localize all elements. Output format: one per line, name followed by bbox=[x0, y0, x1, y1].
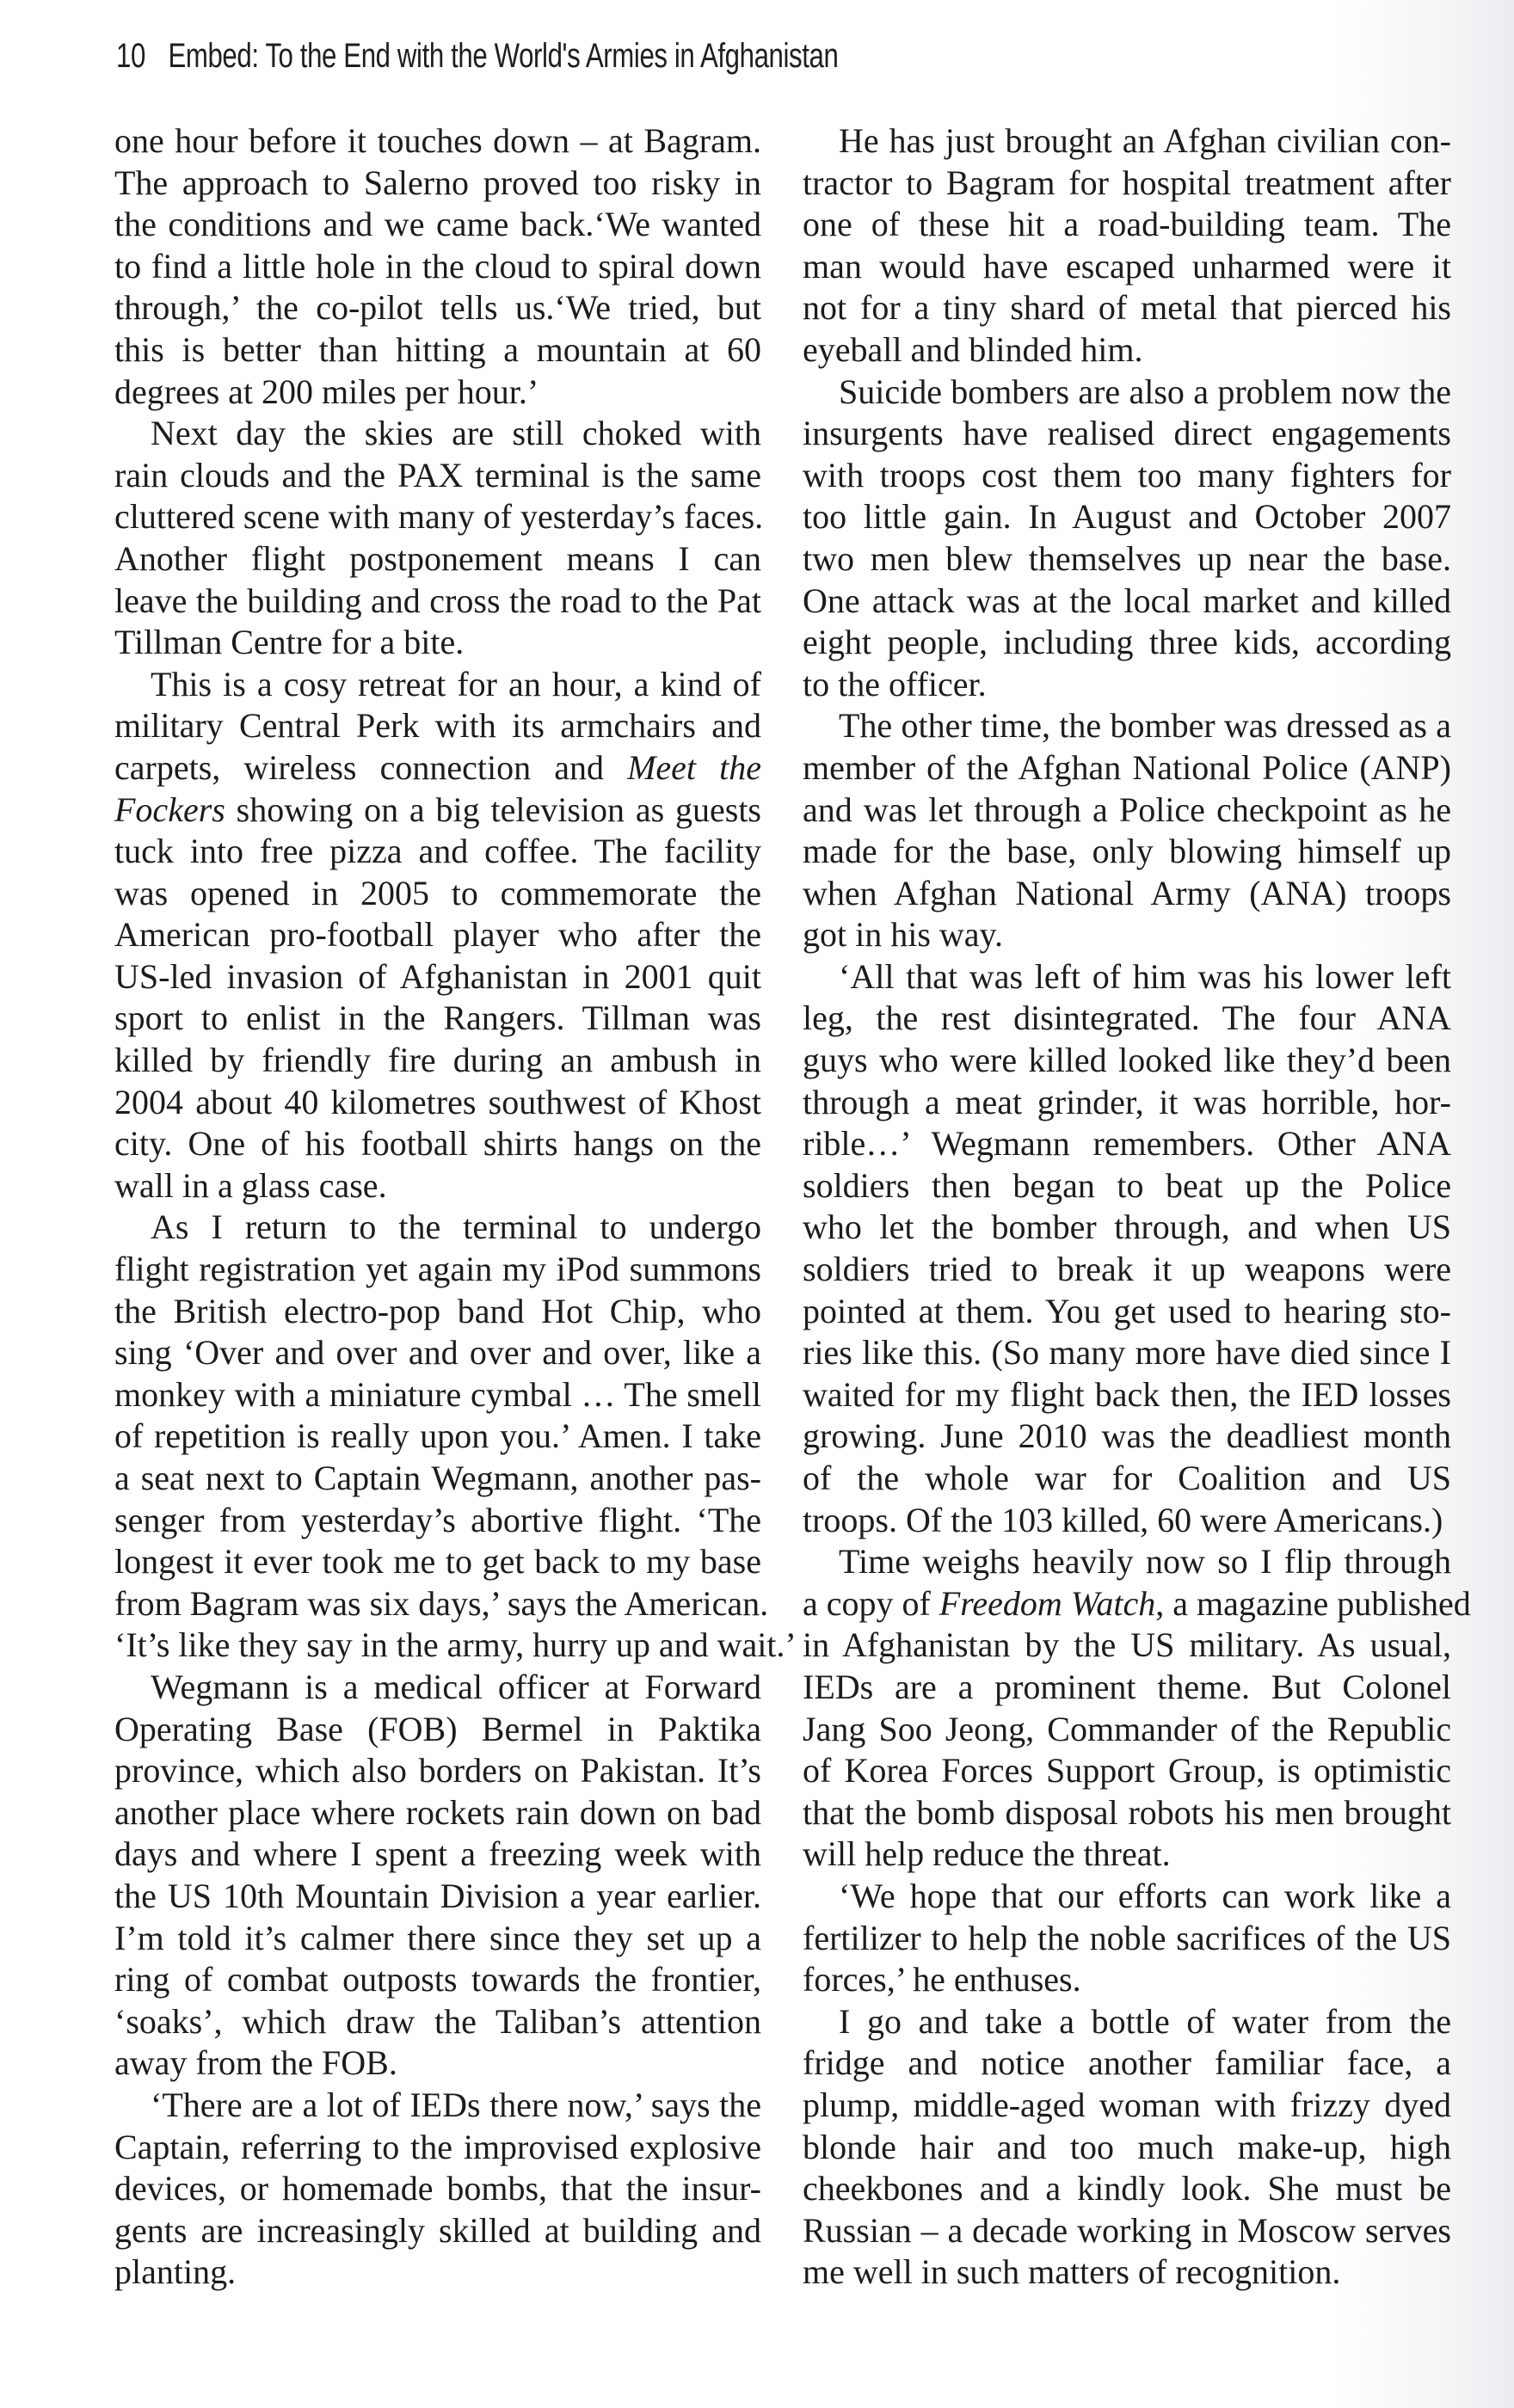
paragraph: As I return to the terminal to undergofl… bbox=[114, 1207, 761, 1667]
italic-title: Freedom Watch bbox=[939, 1584, 1155, 1623]
text-line: one hour before it touches down – at Bag… bbox=[114, 120, 761, 163]
text-line: I go and take a bottle of water from the bbox=[803, 2001, 1451, 2043]
paragraph: Time weighs heavily now so I flip throug… bbox=[803, 1541, 1451, 1876]
text-line: forces,’ he enthuses. bbox=[803, 1959, 1451, 2001]
text-line: carpets, wireless connection and Meet th… bbox=[114, 747, 761, 789]
text-line: Time weighs heavily now so I flip throug… bbox=[803, 1541, 1451, 1583]
text-line: blonde hair and too much make-up, high bbox=[803, 2127, 1451, 2169]
text-line: got in his way. bbox=[803, 914, 1451, 956]
running-title: Embed: To the End with the World's Armie… bbox=[168, 37, 838, 75]
text-line: Jang Soo Jeong, Commander of the Republi… bbox=[803, 1709, 1451, 1751]
italic-title: Fockers bbox=[114, 790, 225, 829]
text-line: flight registration yet again my iPod su… bbox=[114, 1249, 761, 1291]
paragraph: Wegmann is a medical officer at ForwardO… bbox=[114, 1667, 761, 2085]
paragraph: The other time, the bomber was dressed a… bbox=[803, 705, 1451, 956]
text-line: 2004 about 40 kilometres southwest of Kh… bbox=[114, 1082, 761, 1124]
paragraph: I go and take a bottle of water from the… bbox=[803, 2001, 1451, 2294]
paragraph: ‘We hope that our efforts can work like … bbox=[803, 1876, 1451, 2001]
text-line: I’m told it’s calmer there since they se… bbox=[114, 1918, 761, 1960]
text-line: with troops cost them too many fighters … bbox=[803, 455, 1451, 497]
text-line: that the bomb disposal robots his men br… bbox=[803, 1792, 1451, 1834]
text-line: The approach to Salerno proved too risky… bbox=[114, 163, 761, 205]
text-line: tractor to Bagram for hospital treatment… bbox=[803, 163, 1451, 205]
text-line: member of the Afghan National Police (AN… bbox=[803, 747, 1451, 789]
text-line: through,’ the co-pilot tells us.‘We trie… bbox=[114, 287, 761, 329]
page-number: 10 bbox=[116, 34, 145, 77]
paragraph: Next day the skies are still choked with… bbox=[114, 413, 761, 664]
paragraph: Suicide bombers are also a problem now t… bbox=[803, 372, 1451, 706]
text-line: troops. Of the 103 killed, 60 were Ameri… bbox=[803, 1500, 1451, 1542]
text-line: will help reduce the threat. bbox=[803, 1834, 1451, 1876]
text-line: fertilizer to help the noble sacrifices … bbox=[803, 1918, 1451, 1960]
text-line: cheekbones and a kindly look. She must b… bbox=[803, 2168, 1451, 2210]
text-line: ‘It’s like they say in the army, hurry u… bbox=[114, 1625, 761, 1667]
text-line: longest it ever took me to get back to m… bbox=[114, 1541, 761, 1583]
text-line: was opened in 2005 to commemorate the bbox=[114, 873, 761, 915]
text-line: too little gain. In August and October 2… bbox=[803, 496, 1451, 538]
text-line: a copy of Freedom Watch, a magazine publ… bbox=[803, 1583, 1451, 1625]
text-line: ‘We hope that our efforts can work like … bbox=[803, 1876, 1451, 1918]
text-line: a seat next to Captain Wegmann, another … bbox=[114, 1458, 761, 1500]
text-line: guys who were killed looked like they’d … bbox=[803, 1040, 1451, 1082]
text-line: rain clouds and the PAX terminal is the … bbox=[114, 455, 761, 497]
text-line: ‘All that was left of him was his lower … bbox=[803, 956, 1451, 998]
text-line: pointed at them. You get used to hearing… bbox=[803, 1291, 1451, 1333]
text-line: sport to enlist in the Rangers. Tillman … bbox=[114, 998, 761, 1040]
text-line: sing ‘Over and over and over and over, l… bbox=[114, 1332, 761, 1374]
text-line: another place where rockets rain down on… bbox=[114, 1792, 761, 1834]
text-line: and was let through a Police checkpoint … bbox=[803, 789, 1451, 832]
text-line: US-led invasion of Afghanistan in 2001 q… bbox=[114, 956, 761, 998]
text-line: leave the building and cross the road to… bbox=[114, 580, 761, 623]
text-line: ‘There are a lot of IEDs there now,’ say… bbox=[114, 2085, 761, 2127]
text-line: away from the FOB. bbox=[114, 2042, 761, 2085]
text-line: through a meat grinder, it was horrible,… bbox=[803, 1082, 1451, 1124]
text-line: degrees at 200 miles per hour.’ bbox=[114, 372, 761, 414]
paragraph: He has just brought an Afghan civilian c… bbox=[803, 120, 1451, 372]
text-line: growing. June 2010 was the deadliest mon… bbox=[803, 1416, 1451, 1458]
text-line: who let the bomber through, and when US bbox=[803, 1207, 1451, 1249]
text-line: The other time, the bomber was dressed a… bbox=[803, 705, 1451, 747]
text-line: of repetition is really upon you.’ Amen.… bbox=[114, 1416, 761, 1458]
text-line: soldiers tried to break it up weapons we… bbox=[803, 1249, 1451, 1291]
text-line: As I return to the terminal to undergo bbox=[114, 1207, 761, 1249]
text-line: Suicide bombers are also a problem now t… bbox=[803, 372, 1451, 414]
paragraph: This is a cosy retreat for an hour, a ki… bbox=[114, 664, 761, 1207]
text-line: senger from yesterday’s abortive flight.… bbox=[114, 1500, 761, 1542]
text-line: military Central Perk with its armchairs… bbox=[114, 705, 761, 747]
text-line: This is a cosy retreat for an hour, a ki… bbox=[114, 664, 761, 706]
text-line: killed by friendly fire during an ambush… bbox=[114, 1040, 761, 1082]
text-line: Tillman Centre for a bite. bbox=[114, 622, 761, 664]
text-line: American pro-football player who after t… bbox=[114, 914, 761, 956]
text-line: leg, the rest disintegrated. The four AN… bbox=[803, 998, 1451, 1040]
text-line: in Afghanistan by the US military. As us… bbox=[803, 1625, 1451, 1667]
text-line: ‘soaks’, which draw the Taliban’s attent… bbox=[114, 2001, 761, 2043]
text-line: made for the base, only blowing himself … bbox=[803, 831, 1451, 873]
text-line: Russian – a decade working in Moscow ser… bbox=[803, 2210, 1451, 2252]
text-line: tuck into free pizza and coffee. The fac… bbox=[114, 831, 761, 873]
text-line: ring of combat outposts towards the fron… bbox=[114, 1959, 761, 2001]
text-line: from Bagram was six days,’ says the Amer… bbox=[114, 1583, 761, 1625]
italic-title: Meet the bbox=[627, 748, 761, 787]
text-line: to find a little hole in the cloud to sp… bbox=[114, 246, 761, 288]
text-line: the British electro-pop band Hot Chip, w… bbox=[114, 1291, 761, 1333]
right-column: He has just brought an Afghan civilian c… bbox=[803, 120, 1451, 2294]
text-line: when Afghan National Army (ANA) troops bbox=[803, 873, 1451, 915]
text-line: city. One of his football shirts hangs o… bbox=[114, 1123, 761, 1165]
text-line: eyeball and blinded him. bbox=[803, 329, 1451, 372]
text-line: Operating Base (FOB) Bermel in Paktika bbox=[114, 1709, 761, 1751]
text-line: insurgents have realised direct engageme… bbox=[803, 413, 1451, 455]
text-line: me well in such matters of recognition. bbox=[803, 2251, 1451, 2294]
text-line: waited for my flight back then, the IED … bbox=[803, 1374, 1451, 1416]
paragraph: ‘There are a lot of IEDs there now,’ say… bbox=[114, 2085, 761, 2294]
text-line: of Korea Forces Support Group, is optimi… bbox=[803, 1750, 1451, 1792]
text-line: of the whole war for Coalition and US bbox=[803, 1458, 1451, 1500]
text-line: the conditions and we came back.‘We want… bbox=[114, 204, 761, 246]
paragraph: ‘All that was left of him was his lower … bbox=[803, 956, 1451, 1541]
text-line: Next day the skies are still choked with bbox=[114, 413, 761, 455]
text-line: cluttered scene with many of yesterday’s… bbox=[114, 496, 761, 538]
text-line: man would have escaped unharmed were it bbox=[803, 246, 1451, 288]
text-line: plump, middle-aged woman with frizzy dye… bbox=[803, 2085, 1451, 2127]
text-line: province, which also borders on Pakistan… bbox=[114, 1750, 761, 1792]
text-line: IEDs are a prominent theme. But Colonel bbox=[803, 1667, 1451, 1709]
paragraph: one hour before it touches down – at Bag… bbox=[114, 120, 761, 413]
text-line: monkey with a miniature cymbal … The sme… bbox=[114, 1374, 761, 1416]
text-line: soldiers then began to beat up the Polic… bbox=[803, 1165, 1451, 1207]
text-line: days and where I spent a freezing week w… bbox=[114, 1834, 761, 1876]
running-head: 10Embed: To the End with the World's Arm… bbox=[116, 34, 838, 77]
text-line: fridge and notice another familiar face,… bbox=[803, 2042, 1451, 2085]
text-line: gents are increasingly skilled at buildi… bbox=[114, 2210, 761, 2252]
text-line: devices, or homemade bombs, that the ins… bbox=[114, 2168, 761, 2210]
text-line: to the officer. bbox=[803, 664, 1451, 706]
text-line: Wegmann is a medical officer at Forward bbox=[114, 1667, 761, 1709]
text-line: rible…’ Wegmann remembers. Other ANA bbox=[803, 1123, 1451, 1165]
left-column: one hour before it touches down – at Bag… bbox=[114, 120, 761, 2294]
text-line: ries like this. (So many more have died … bbox=[803, 1332, 1451, 1374]
text-line: one of these hit a road-building team. T… bbox=[803, 204, 1451, 246]
text-line: this is better than hitting a mountain a… bbox=[114, 329, 761, 372]
text-line: planting. bbox=[114, 2251, 761, 2294]
text-line: He has just brought an Afghan civilian c… bbox=[803, 120, 1451, 163]
text-line: eight people, including three kids, acco… bbox=[803, 622, 1451, 664]
text-line: One attack was at the local market and k… bbox=[803, 580, 1451, 623]
text-line: the US 10th Mountain Division a year ear… bbox=[114, 1876, 761, 1918]
text-line: Captain, referring to the improvised exp… bbox=[114, 2127, 761, 2169]
text-line: Another flight postponement means I can bbox=[114, 538, 761, 580]
text-line: not for a tiny shard of metal that pierc… bbox=[803, 287, 1451, 329]
book-page: 10Embed: To the End with the World's Arm… bbox=[0, 0, 1514, 2408]
text-line: two men blew themselves up near the base… bbox=[803, 538, 1451, 580]
text-line: Fockers showing on a big television as g… bbox=[114, 789, 761, 832]
text-line: wall in a glass case. bbox=[114, 1165, 761, 1207]
